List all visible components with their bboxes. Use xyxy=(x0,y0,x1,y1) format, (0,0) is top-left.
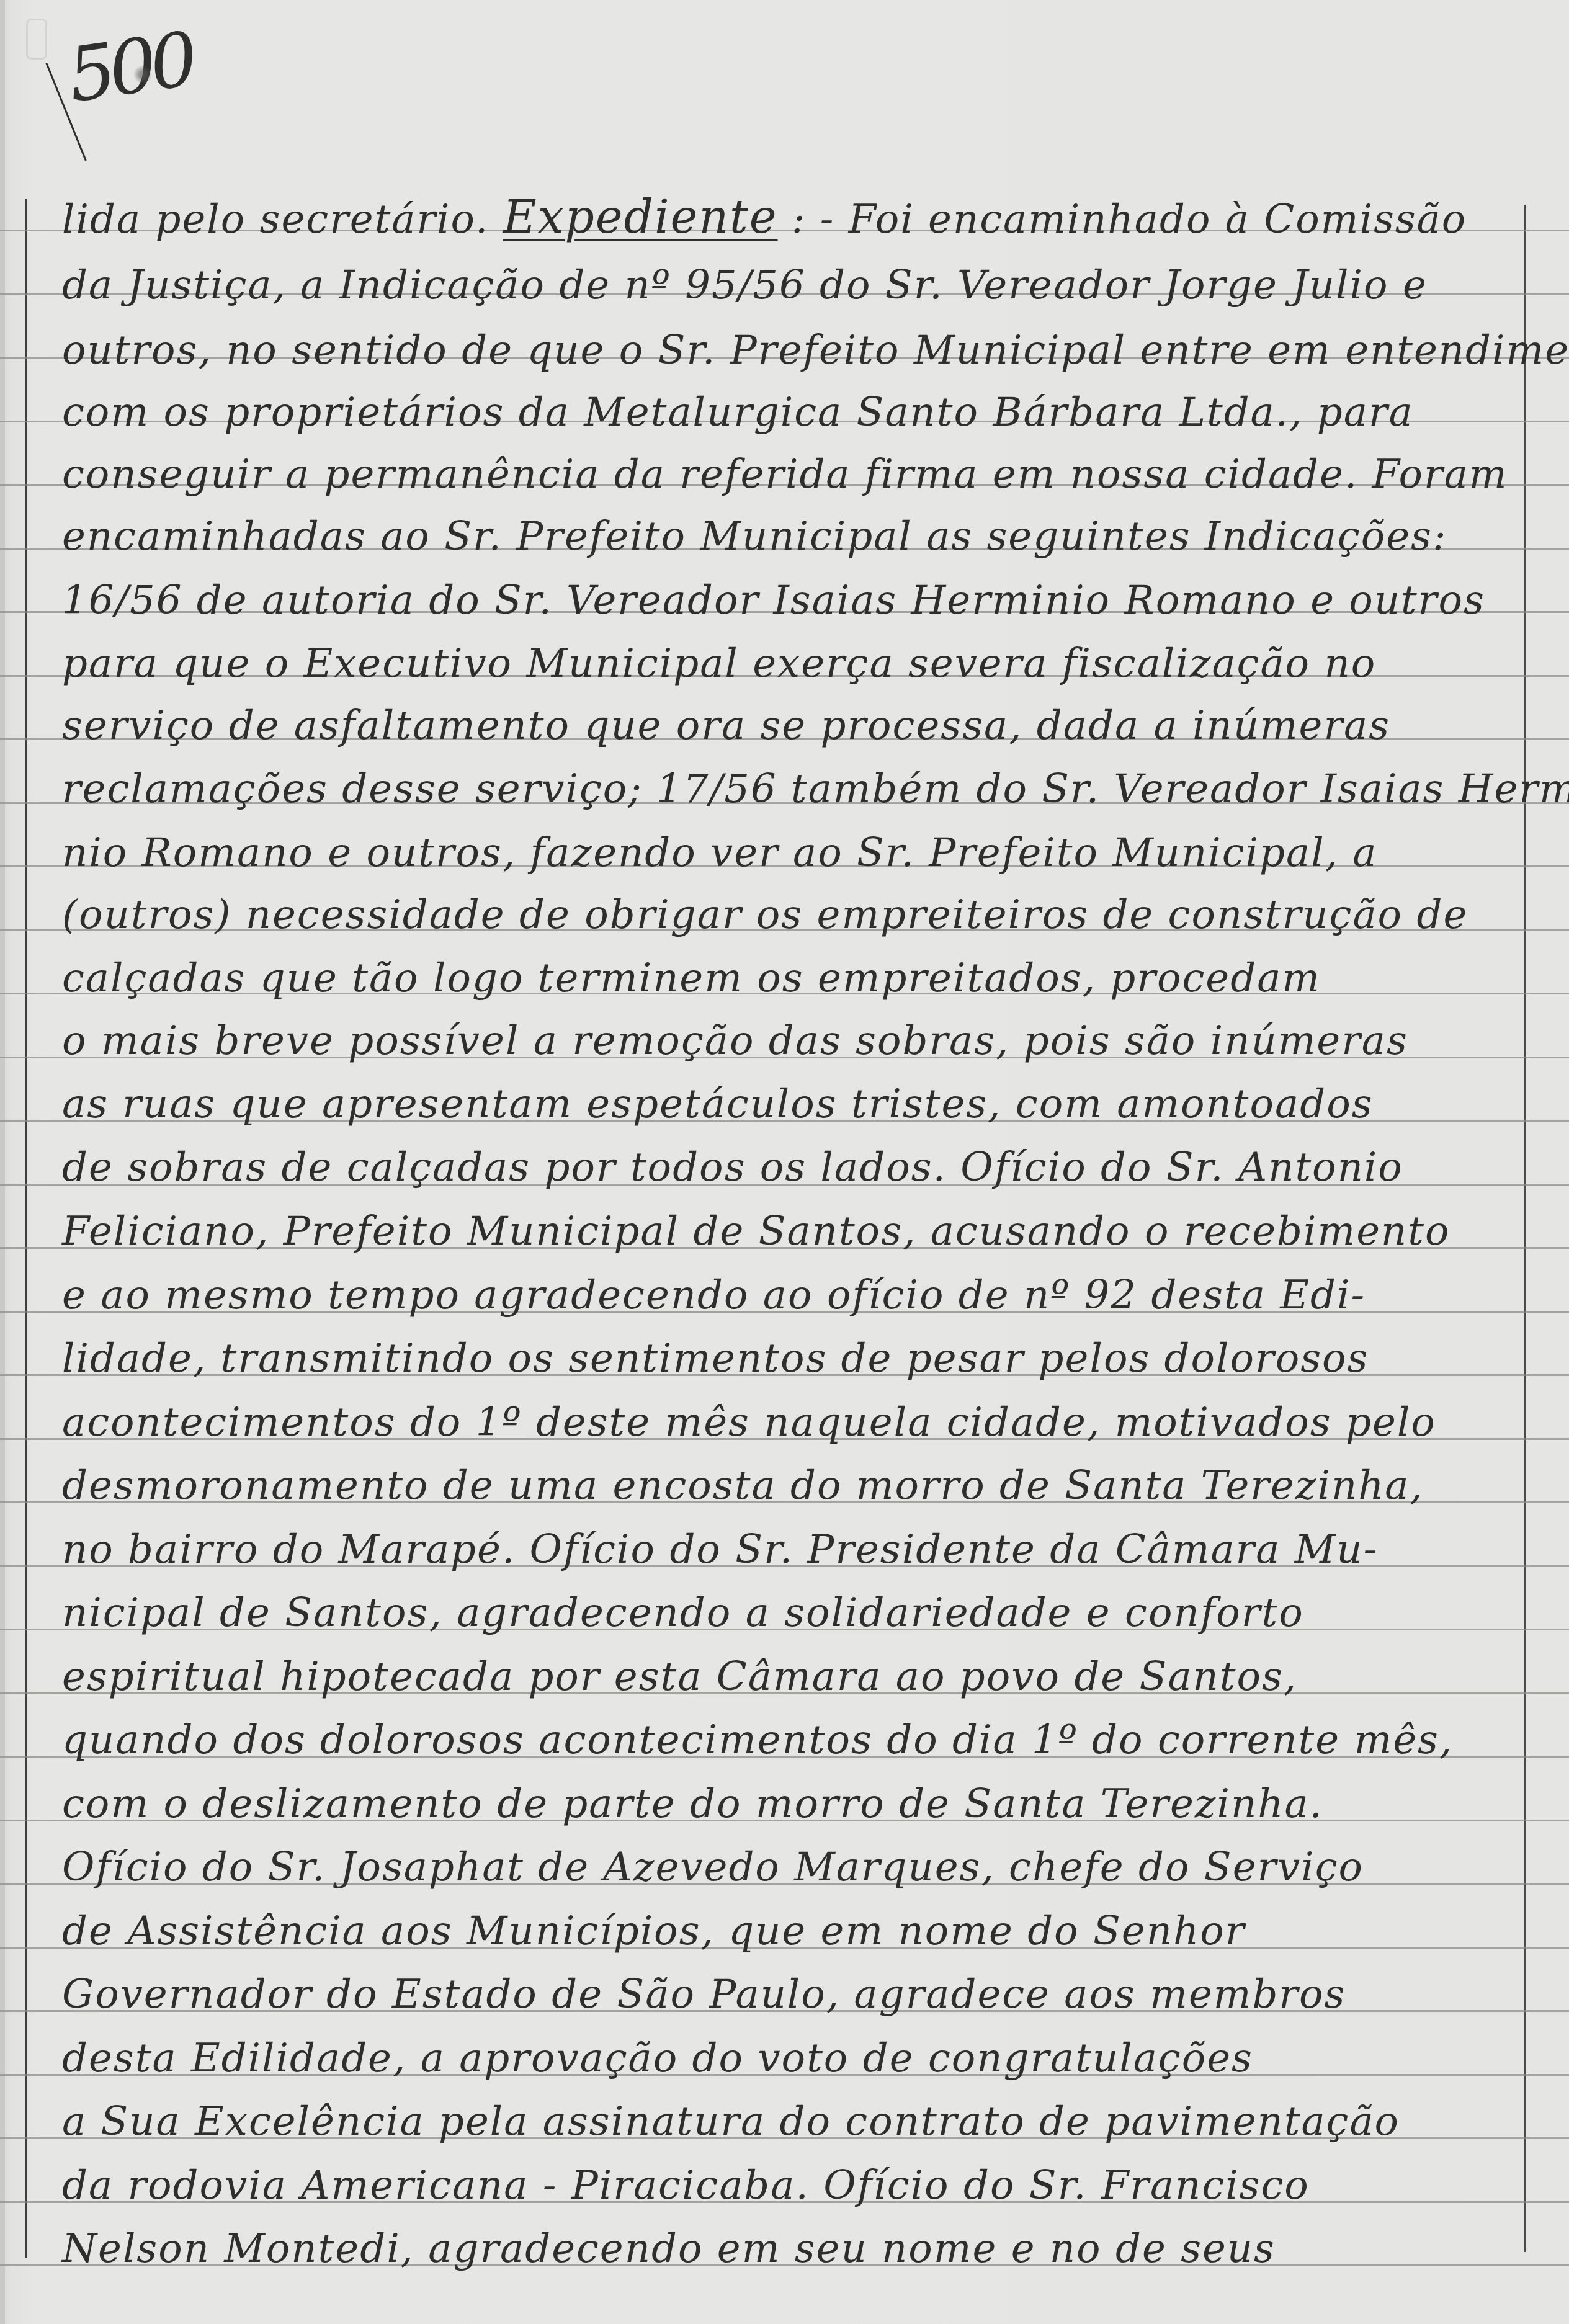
text-line: 16/56 de autoria do Sr. Vereador Isaias … xyxy=(62,576,1514,625)
text-line-1: lida pelo secretário. Expediente : - Foi… xyxy=(62,192,1514,244)
text-line: de Assistência aos Municípios, que em no… xyxy=(62,1906,1514,1956)
text-line: com os proprietários da Metalurgica Sant… xyxy=(62,388,1514,437)
section-heading: Expediente xyxy=(503,190,778,244)
text-line: lidade, transmitindo os sentimentos de p… xyxy=(62,1334,1514,1383)
text-line: conseguir a permanência da referida firm… xyxy=(62,450,1514,499)
text-line: de sobras de calçadas por todos os lados… xyxy=(62,1143,1514,1192)
right-margin-line xyxy=(1524,205,1526,2252)
text-line: Ofício do Sr. Josaphat de Azevedo Marque… xyxy=(62,1843,1514,1892)
text-line: para que o Executivo Municipal exerça se… xyxy=(62,639,1514,689)
text-line: a Sua Excelência pela assinatura do cont… xyxy=(62,2097,1514,2147)
text-line: reclamações desse serviço; 17/56 também … xyxy=(62,764,1514,814)
text-line: espiritual hipotecada por esta Câmara ao… xyxy=(62,1652,1514,1702)
text-line: (outros) necessidade de obrigar os empre… xyxy=(62,890,1514,940)
text-line: serviço de asfaltamento que ora se proce… xyxy=(62,701,1514,751)
text-line: nio Romano e outros, fazendo ver ao Sr. … xyxy=(62,828,1514,878)
faded-stamp-mark xyxy=(26,19,47,60)
text-line: calçadas que tão logo terminem os emprei… xyxy=(62,954,1514,1003)
text-line: desmoronamento de uma encosta do morro d… xyxy=(62,1461,1514,1511)
text-line: nicipal de Santos, agradecendo a solidar… xyxy=(62,1588,1514,1638)
text-line: desta Edilidade, a aprovação do voto de … xyxy=(62,2034,1514,2083)
text-line: Governador do Estado de São Paulo, agrad… xyxy=(62,1970,1514,2019)
folio-number: 500 xyxy=(63,17,197,119)
ruled-paper-page: 500 lida pelo secretário. Expediente : -… xyxy=(0,0,1569,2324)
line-text: lida pelo secretário. xyxy=(62,197,489,243)
heading-continuation: : - Foi encaminhado à Comissão xyxy=(792,197,1467,243)
text-line: quando dos dolorosos acontecimentos do d… xyxy=(62,1715,1514,1765)
left-margin-line xyxy=(25,199,27,2258)
text-line: e ao mesmo tempo agradecendo ao ofício d… xyxy=(62,1271,1514,1320)
text-line: Feliciano, Prefeito Municipal de Santos,… xyxy=(62,1207,1514,1256)
text-line: com o deslizamento de parte do morro de … xyxy=(62,1779,1514,1829)
text-line: da Justiça, a Indicação de nº 95/56 do S… xyxy=(62,261,1514,310)
ink-speck xyxy=(133,62,152,87)
text-line: outros, no sentido de que o Sr. Prefeito… xyxy=(62,326,1514,375)
text-line: o mais breve possível a remoção das sobr… xyxy=(62,1016,1514,1066)
text-line: da rodovia Americana - Piracicaba. Ofíci… xyxy=(62,2161,1514,2210)
text-line: no bairro do Marapé. Ofício do Sr. Presi… xyxy=(62,1525,1514,1575)
page-binding-edge xyxy=(0,0,5,2324)
text-line: acontecimentos do 1º deste mês naquela c… xyxy=(62,1398,1514,1447)
text-line: Nelson Montedi, agradecendo em seu nome … xyxy=(62,2224,1514,2274)
text-line: as ruas que apresentam espetáculos trist… xyxy=(62,1079,1514,1129)
text-line: encaminhadas ao Sr. Prefeito Municipal a… xyxy=(62,512,1514,561)
